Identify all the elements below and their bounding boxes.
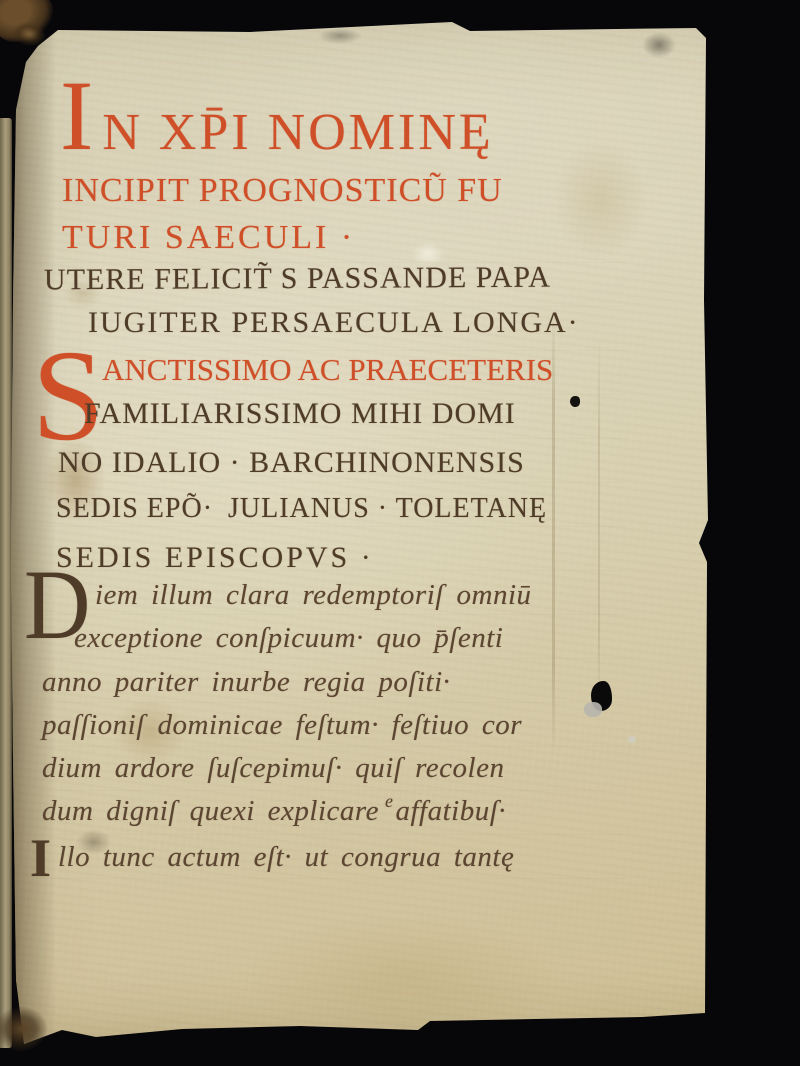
incipit-line-2: TURI SAECULI · bbox=[62, 221, 355, 255]
body-line-6-text: dum digniſ quexi explicare bbox=[42, 795, 379, 827]
dedication-line-5: SEDIS EPISCOPVS · bbox=[56, 543, 374, 573]
body-line-2: exceptione conſpicuum· quo p̄ſenti bbox=[74, 624, 503, 653]
binding-fibres bbox=[0, 1006, 48, 1052]
ex-libris-line-2: IUGITER PERSAECULA LONGA· bbox=[88, 308, 580, 338]
body-line-6-end: affatibuſ· bbox=[395, 795, 506, 827]
body-line-1: iem illum clara redemptoriſ omniū bbox=[95, 581, 532, 610]
manuscript-page: I N XP̄I NOMINĘ INCIPIT PROGNOSTICŨ FU T… bbox=[0, 0, 800, 1066]
dedication-line-3: NO IDALIO · BARCHINONENSIS bbox=[58, 448, 525, 478]
initial-i: I bbox=[30, 836, 51, 882]
ex-libris-line-1: UTERE FELICIT̃ S PASSANDE PAPA bbox=[44, 263, 551, 296]
body-line-7: llo tunc actum eſt· ut congrua tantę bbox=[58, 843, 514, 872]
title-line: I N XP̄I NOMINĘ bbox=[60, 66, 494, 166]
body-line-6: dum digniſ quexi explicareeaffatibuſ· bbox=[42, 797, 506, 826]
body-line-4: paſſioniſ dominicae feſtum· feſtiuo cor bbox=[42, 711, 522, 740]
dedication-line-4: SEDIS EPÕ· JULIANUS · TOLETANĘ bbox=[56, 495, 547, 523]
small-speck bbox=[628, 736, 636, 743]
dedication-line-2: FAMILIARISSIMO MIHI DOMI bbox=[84, 399, 516, 429]
repair-patch bbox=[584, 702, 602, 717]
ink-blot bbox=[570, 396, 580, 407]
title-initial-letter: I bbox=[60, 66, 93, 166]
body-line-5: dium ardore ſuſcepimuſ· quiſ recolen bbox=[42, 754, 504, 783]
initial-s: S bbox=[32, 344, 104, 448]
incipit-line-1: INCIPIT PROGNOSTICŨ FU bbox=[62, 174, 503, 208]
photo-backdrop: I N XP̄I NOMINĘ INCIPIT PROGNOSTICŨ FU T… bbox=[0, 0, 800, 1066]
dedication-line-1: ANCTISSIMO AC PRAECETERIS bbox=[102, 354, 553, 385]
superscript-correction: e bbox=[385, 791, 394, 811]
title-text: N XP̄I NOMINĘ bbox=[102, 107, 493, 159]
body-line-3: anno pariter inurbe regia poſiti· bbox=[42, 668, 450, 697]
book-fore-edge bbox=[0, 118, 12, 1048]
